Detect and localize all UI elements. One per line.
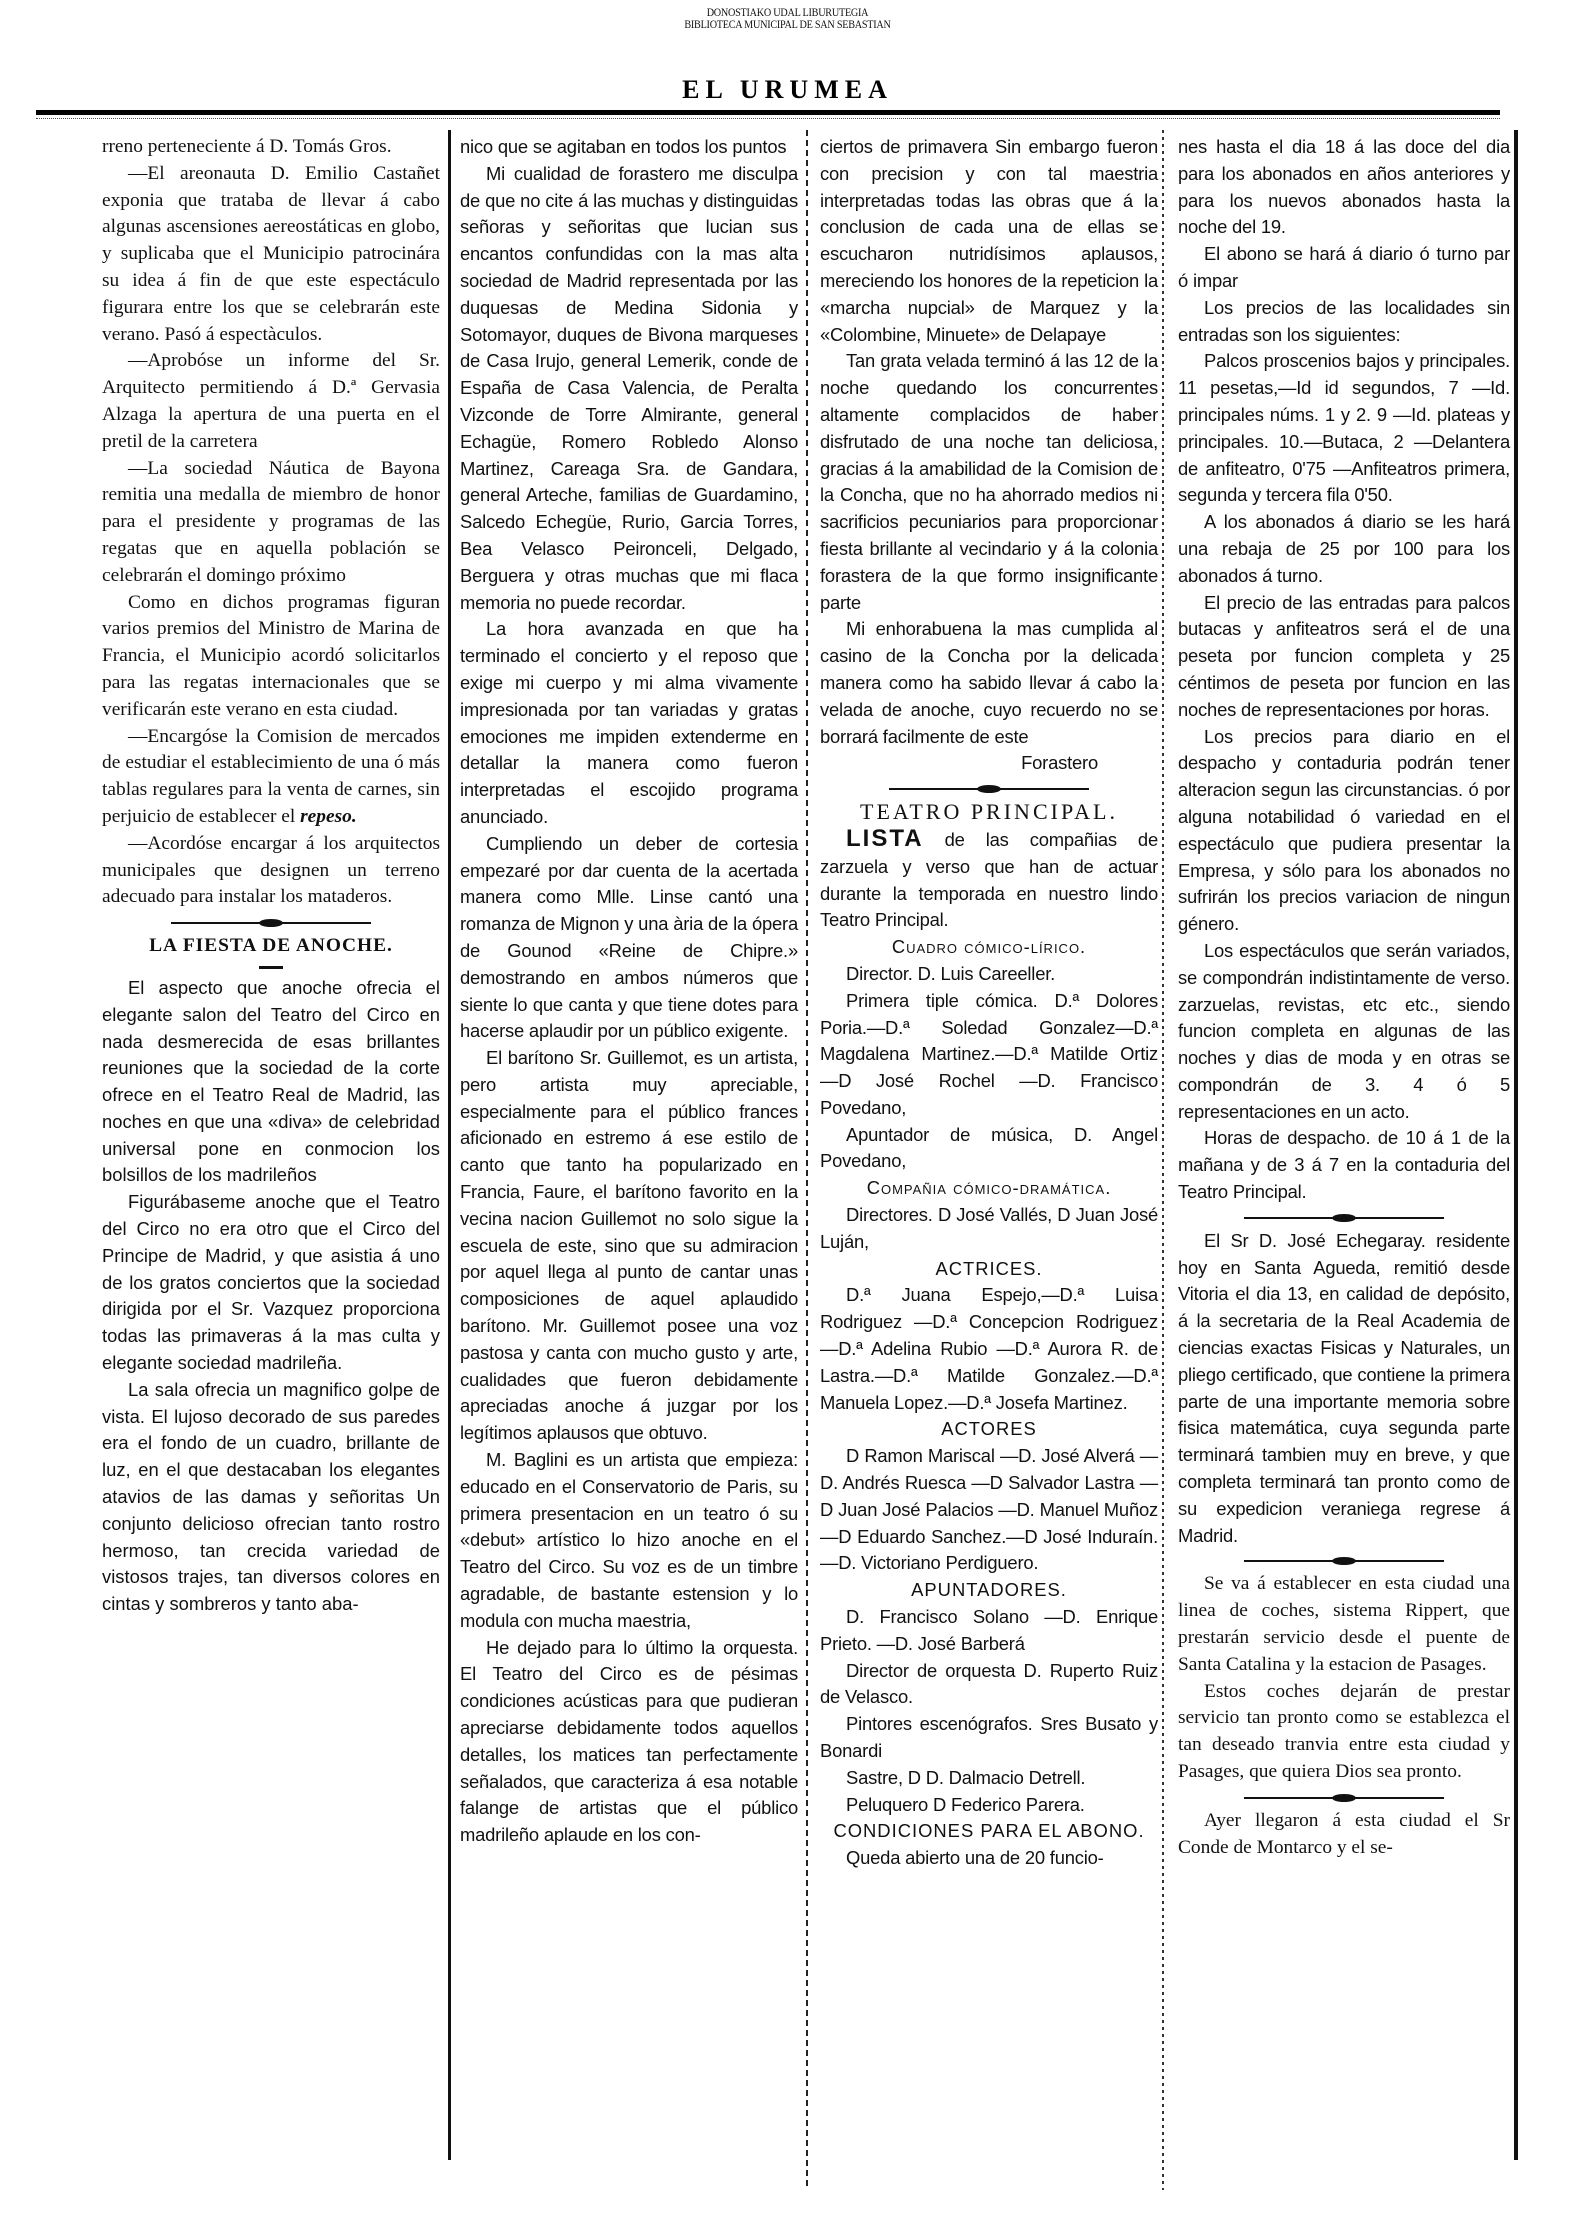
paragraph: A los abonados á diario se les hará una … xyxy=(1178,509,1510,589)
paragraph: Mi enhorabuena la mas cumplida al casino… xyxy=(820,616,1158,750)
paragraph: Pintores escenógrafos. Sres Busato y Bon… xyxy=(820,1711,1158,1765)
masthead-rule xyxy=(36,110,1500,115)
newspaper-masthead: EL URUMEA xyxy=(0,76,1575,104)
paragraph: El Sr D. José Echegaray. residente hoy e… xyxy=(1178,1228,1510,1550)
subsection-title: APUNTADORES. xyxy=(820,1577,1158,1604)
section-title: TEATRO PRINCIPAL. xyxy=(820,799,1158,826)
library-header: DONOSTIAKO UDAL LIBURUTEGIA BIBLIOTECA M… xyxy=(118,6,1457,30)
paragraph: Figurábaseme anoche que el Teatro del Ci… xyxy=(102,1189,440,1377)
paragraph: Cumpliendo un deber de cortesia empezaré… xyxy=(460,831,798,1045)
subsection-title: Cuadro cómico-lírico. xyxy=(820,934,1158,961)
column-divider xyxy=(806,130,808,2190)
paragraph: —El areonauta D. Emilio Castañet exponia… xyxy=(102,161,440,349)
paragraph: He dejado para lo último la orquesta. El… xyxy=(460,1635,798,1849)
paragraph: Horas de despacho. de 10 á 1 de la mañan… xyxy=(1178,1125,1510,1205)
paragraph: D. Francisco Solano —D. Enrique Prieto. … xyxy=(820,1604,1158,1658)
column-divider xyxy=(1514,130,1518,2160)
paragraph: El precio de las entradas para palcos bu… xyxy=(1178,590,1510,724)
paragraph: —La sociedad Náutica de Bayona remitia u… xyxy=(102,456,440,590)
ornamental-rule xyxy=(889,785,1089,793)
column-4: nes hasta el dia 18 á las doce del dia p… xyxy=(1178,134,1510,1861)
column-2: nico que se agitaban en todos los puntos… xyxy=(460,134,798,1849)
paragraph: Sastre, D D. Dalmacio Detrell. xyxy=(820,1765,1158,1792)
paragraph: Directores. D José Vallés, D Juan José L… xyxy=(820,1202,1158,1256)
paragraph: El abono se hará á diario ó turno par ó … xyxy=(1178,241,1510,295)
paragraph: El aspecto que anoche ofrecia el elegant… xyxy=(102,975,440,1189)
paragraph: Peluquero D Federico Parera. xyxy=(820,1792,1158,1819)
paragraph: D Ramon Mariscal —D. José Alverá —D. And… xyxy=(820,1443,1158,1577)
lista-display-word: LISTA xyxy=(846,825,924,852)
paragraph: Mi cualidad de forastero me disculpa de … xyxy=(460,161,798,617)
paragraph: La sala ofrecia un magnifico golpe de vi… xyxy=(102,1377,440,1618)
column-divider xyxy=(1162,130,1164,2190)
ornamental-rule xyxy=(1244,1214,1444,1222)
paragraph: nes hasta el dia 18 á las doce del dia p… xyxy=(1178,134,1510,241)
column-divider xyxy=(448,130,451,2160)
section-title: LA FIESTA DE ANOCHE. xyxy=(102,933,440,960)
paragraph: Tan grata velada terminó á las 12 de la … xyxy=(820,348,1158,616)
article-signature: Forastero xyxy=(820,750,1158,777)
paragraph: Director de orquesta D. Ruperto Ruiz de … xyxy=(820,1658,1158,1712)
paragraph: Los precios para diario en el despacho y… xyxy=(1178,724,1510,938)
paragraph: LISTA de las compañias de zarzuela y ver… xyxy=(820,826,1158,934)
paragraph: El barítono Sr. Guillemot, es un artista… xyxy=(460,1045,798,1447)
paragraph: La hora avanzada en que ha terminado el … xyxy=(460,616,798,830)
paragraph: Se va á establecer en esta ciudad una li… xyxy=(1178,1571,1510,1678)
subsection-title: CONDICIONES PARA EL ABONO. xyxy=(820,1818,1158,1845)
paragraph: —Aprobóse un informe del Sr. Arquitecto … xyxy=(102,348,440,455)
ornamental-rule xyxy=(1244,1794,1444,1802)
ornamental-rule xyxy=(1244,1557,1444,1565)
subsection-title: Compañia cómico-dramática. xyxy=(820,1175,1158,1202)
library-header-spanish: BIBLIOTECA MUNICIPAL DE SAN SEBASTIAN xyxy=(118,18,1457,30)
paragraph: Palcos proscenios bajos y principales. 1… xyxy=(1178,348,1510,509)
ornamental-rule xyxy=(171,919,371,927)
paragraph: —Encargóse la Comision de mercados de es… xyxy=(102,724,440,831)
subsection-title: ACTRICES. xyxy=(820,1256,1158,1283)
column-3: ciertos de primavera Sin embargo fueron … xyxy=(820,134,1158,1872)
paragraph: ciertos de primavera Sin embargo fueron … xyxy=(820,134,1158,348)
paragraph: Director. D. Luis Careeller. xyxy=(820,961,1158,988)
paragraph: Como en dichos programas figuran varios … xyxy=(102,590,440,724)
paragraph: D.ª Juana Espejo,—D.ª Luisa Rodriguez —D… xyxy=(820,1282,1158,1416)
paragraph: Los espectáculos que serán variados, se … xyxy=(1178,938,1510,1126)
paragraph: Apuntador de música, D. Angel Povedano, xyxy=(820,1122,1158,1176)
paragraph: rreno perteneciente á D. Tomás Gros. xyxy=(102,134,440,161)
paragraph: Queda abierto una de 20 funcio- xyxy=(820,1845,1158,1872)
paragraph: Estos coches dejarán de prestar servicio… xyxy=(1178,1679,1510,1786)
italic-word: repeso. xyxy=(300,806,357,827)
paragraph: Primera tiple cómica. D.ª Dolores Poria.… xyxy=(820,988,1158,1122)
short-rule xyxy=(259,966,283,969)
paragraph-text: —Encargóse la Comision de mercados de es… xyxy=(102,726,440,827)
subsection-title: ACTORES xyxy=(820,1416,1158,1443)
paragraph: Los precios de las localidades sin entra… xyxy=(1178,295,1510,349)
paragraph: —Acordóse encargar á los arquitectos mun… xyxy=(102,831,440,911)
paragraph: Ayer llegaron á esta ciudad el Sr Conde … xyxy=(1178,1808,1510,1862)
masthead-dotted-rule xyxy=(36,118,1500,120)
column-1: rreno perteneciente á D. Tomás Gros. —El… xyxy=(102,134,440,1618)
paragraph: nico que se agitaban en todos los puntos xyxy=(460,134,798,161)
paragraph: M. Baglini es un artista que empieza: ed… xyxy=(460,1447,798,1635)
